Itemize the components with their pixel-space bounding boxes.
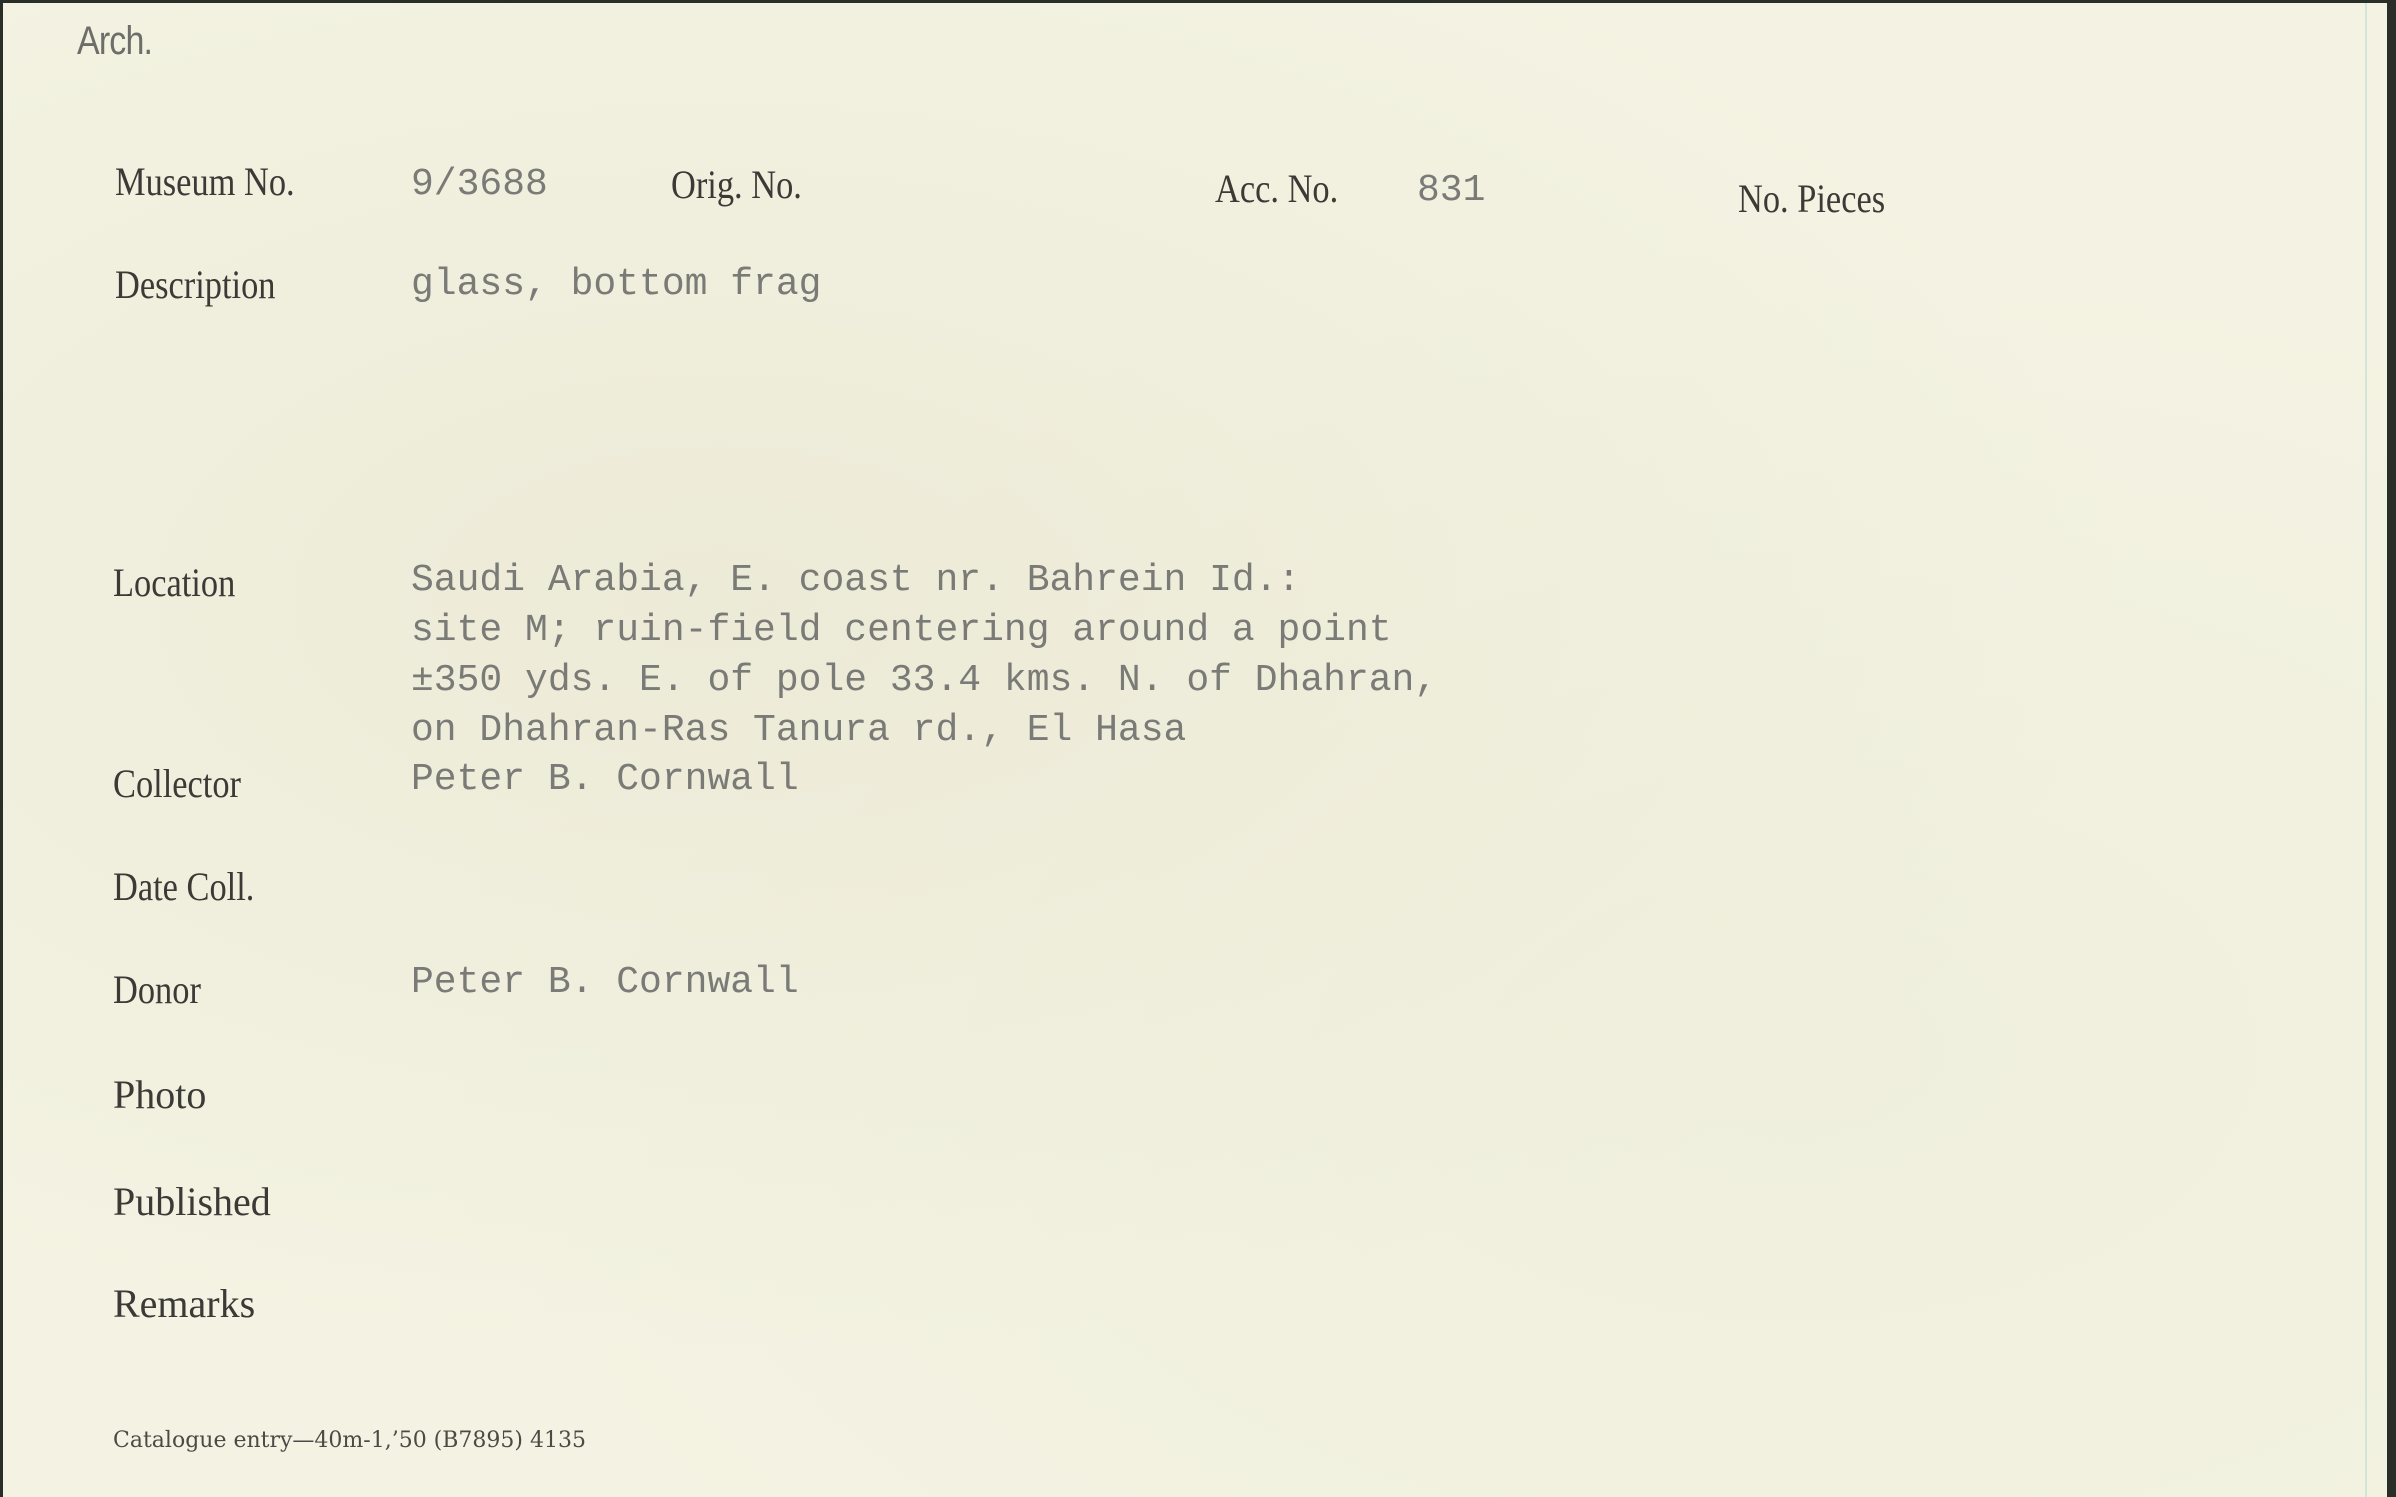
acc-no-value: 831 <box>1417 169 1485 212</box>
card-edge-line <box>2365 3 2367 1497</box>
department-stamp: Arch. <box>77 19 152 64</box>
collector-label: Collector <box>113 760 241 807</box>
donor-value: Peter B. Cornwall <box>411 961 799 1004</box>
acc-no-label: Acc. No. <box>1215 165 1338 212</box>
remarks-label: Remarks <box>113 1280 255 1327</box>
donor-label: Donor <box>113 966 201 1013</box>
catalogue-card: Arch. Museum No. 9/3688 Orig. No. Acc. N… <box>3 3 2387 1497</box>
museum-no-value: 9/3688 <box>411 163 548 206</box>
location-line: Saudi Arabia, E. coast nr. Bahrein Id.: <box>411 559 1300 602</box>
no-pieces-label: No. Pieces <box>1738 175 1885 222</box>
museum-no-label: Museum No. <box>115 158 295 205</box>
catalogue-footer: Catalogue entry—40m-1,’50 (B7895) 4135 <box>113 1428 586 1453</box>
collector-value: Peter B. Cornwall <box>411 758 799 801</box>
description-label: Description <box>115 261 275 308</box>
location-line: ±350 yds. E. of pole 33.4 kms. N. of Dha… <box>411 659 1437 702</box>
orig-no-label: Orig. No. <box>671 161 802 208</box>
location-line: site M; ruin-field centering around a po… <box>411 609 1392 652</box>
date-coll-label: Date Coll. <box>113 863 254 910</box>
location-line: on Dhahran-Ras Tanura rd., El Hasa <box>411 709 1186 752</box>
location-label: Location <box>113 559 235 606</box>
published-label: Published <box>113 1178 271 1225</box>
location-value: Saudi Arabia, E. coast nr. Bahrein Id.: … <box>411 559 1711 759</box>
description-value: glass, bottom frag <box>411 263 821 306</box>
photo-label: Photo <box>113 1071 206 1118</box>
